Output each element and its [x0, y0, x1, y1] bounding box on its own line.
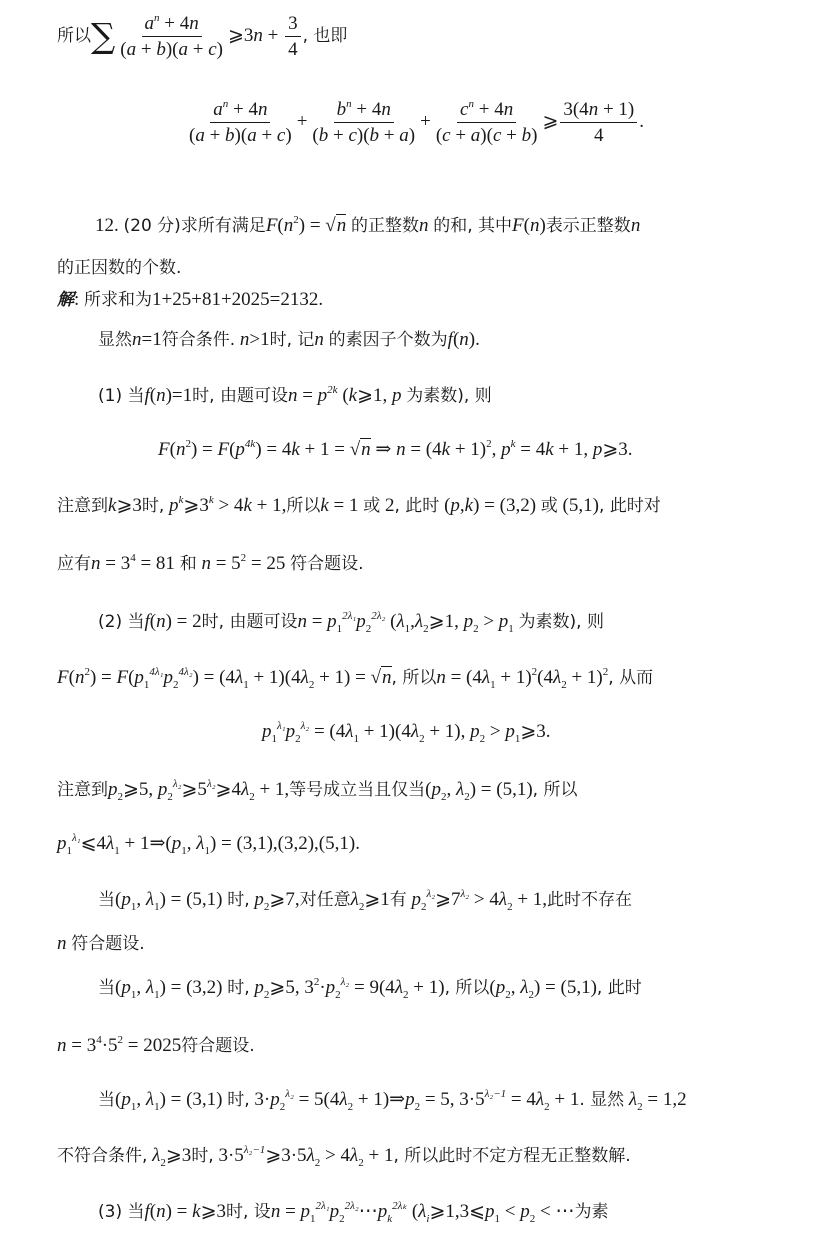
solution-line: 解: 所求和为1+25+81+2025=2132. [57, 290, 323, 309]
case-2-note-line-2: p1λ₁⩽4λ1 + 1⇒(p1, λ1) = (3,1),(3,2),(5,1… [57, 834, 360, 853]
sigma-symbol: ∑ [91, 17, 115, 57]
expanded-inequality-display: an + 4n(a + b)(a + c)+bn + 4n(b + c)(b +… [184, 100, 644, 145]
solution-answer: 1+25+81+2025=2132. [152, 289, 323, 310]
rhs-fraction: 3(4n + 1)4 [560, 100, 637, 145]
subcase-3-2-line-2: n = 34·52 = 2025符合题设. [57, 1036, 255, 1055]
term-c-fraction: cn + 4n(c + a)(c + b) [433, 100, 541, 145]
case-1-heading: (1) 当f(n)=1时, 由题可设n = p2k (k⩾1, p 为素数), … [98, 386, 492, 405]
case-2-equation-1: F(n2) = F(p14λ₁p24λ₂) = (4λ1 + 1)(4λ2 + … [57, 668, 653, 687]
term-b-fraction: bn + 4n(b + c)(b + a) [309, 100, 418, 145]
solution-label: 解 [57, 290, 74, 310]
text-therefore: 所以 [57, 26, 91, 46]
subcase-5-1-line-2: n 符合题设. [57, 934, 145, 953]
case-2-equation-2: p1λ₁p2λ₂ = (4λ1 + 1)(4λ2 + 1), p2 > p1⩾3… [262, 722, 551, 741]
subcase-3-2-line-1: 当(p1, λ1) = (3,2) 时, p2⩾5, 32·p2λ₂ = 9(4… [98, 978, 642, 997]
three-quarters-fraction: 34 [285, 14, 301, 59]
case-2-heading: (2) 当f(n) = 2时, 由题可设n = p12λ₁p22λ₂ (λ1,λ… [98, 612, 604, 631]
problem-12-line-1: 12. (20 分)求所有满足F(n2) = √n 的正整数n 的和, 其中F(… [95, 216, 640, 235]
case-2-note-line-1: 注意到p2⩾5, p2λ₂⩾5λ₂⩾4λ2 + 1,等号成立当且仅当(p2, λ… [57, 780, 577, 799]
problem-number: 12. [95, 215, 119, 236]
case-3-heading: (3) 当f(n) = k⩾3时, 设n = p12λ₁p22λ₂⋯pk2λₖ … [98, 1202, 608, 1221]
subcase-3-1-line-2: 不符合条件, λ2⩾3时, 3·5λ₂−1⩾3·5λ2 > 4λ2 + 1, 所… [57, 1146, 631, 1165]
sum-fraction: an + 4n(a + b)(a + c) [117, 14, 226, 59]
problem-points: (20 分) [124, 216, 181, 236]
summation-inequality-line: 所以∑an + 4n(a + b)(a + c)⩾3n + 34, 也即 [57, 14, 347, 59]
case-1-note-line-2: 应有n = 34 = 81 和 n = 52 = 25 符合题设. [57, 554, 364, 573]
subcase-3-1-line-1: 当(p1, λ1) = (3,1) 时, 3·p2λ₂ = 5(4λ2 + 1)… [98, 1090, 687, 1109]
case-1-note-line-1: 注意到k⩾3时, pk⩾3k > 4k + 1,所以k = 1 或 2, 此时 … [57, 496, 661, 515]
case-1-equation: F(n2) = F(p4k) = 4k + 1 = √n ⇒ n = (4k +… [158, 440, 633, 459]
observation-line: 显然n=1符合条件. n>1时, 记n 的素因子个数为f(n). [98, 330, 480, 349]
text-that-is: , 也即 [303, 26, 348, 46]
subcase-5-1-line-1: 当(p1, λ1) = (5,1) 时, p2⩾7,对任意λ2⩾1有 p2λ₂⩾… [98, 890, 632, 909]
term-a-fraction: an + 4n(a + b)(a + c) [186, 100, 295, 145]
problem-12-line-2: 的正因数的个数. [57, 260, 181, 277]
